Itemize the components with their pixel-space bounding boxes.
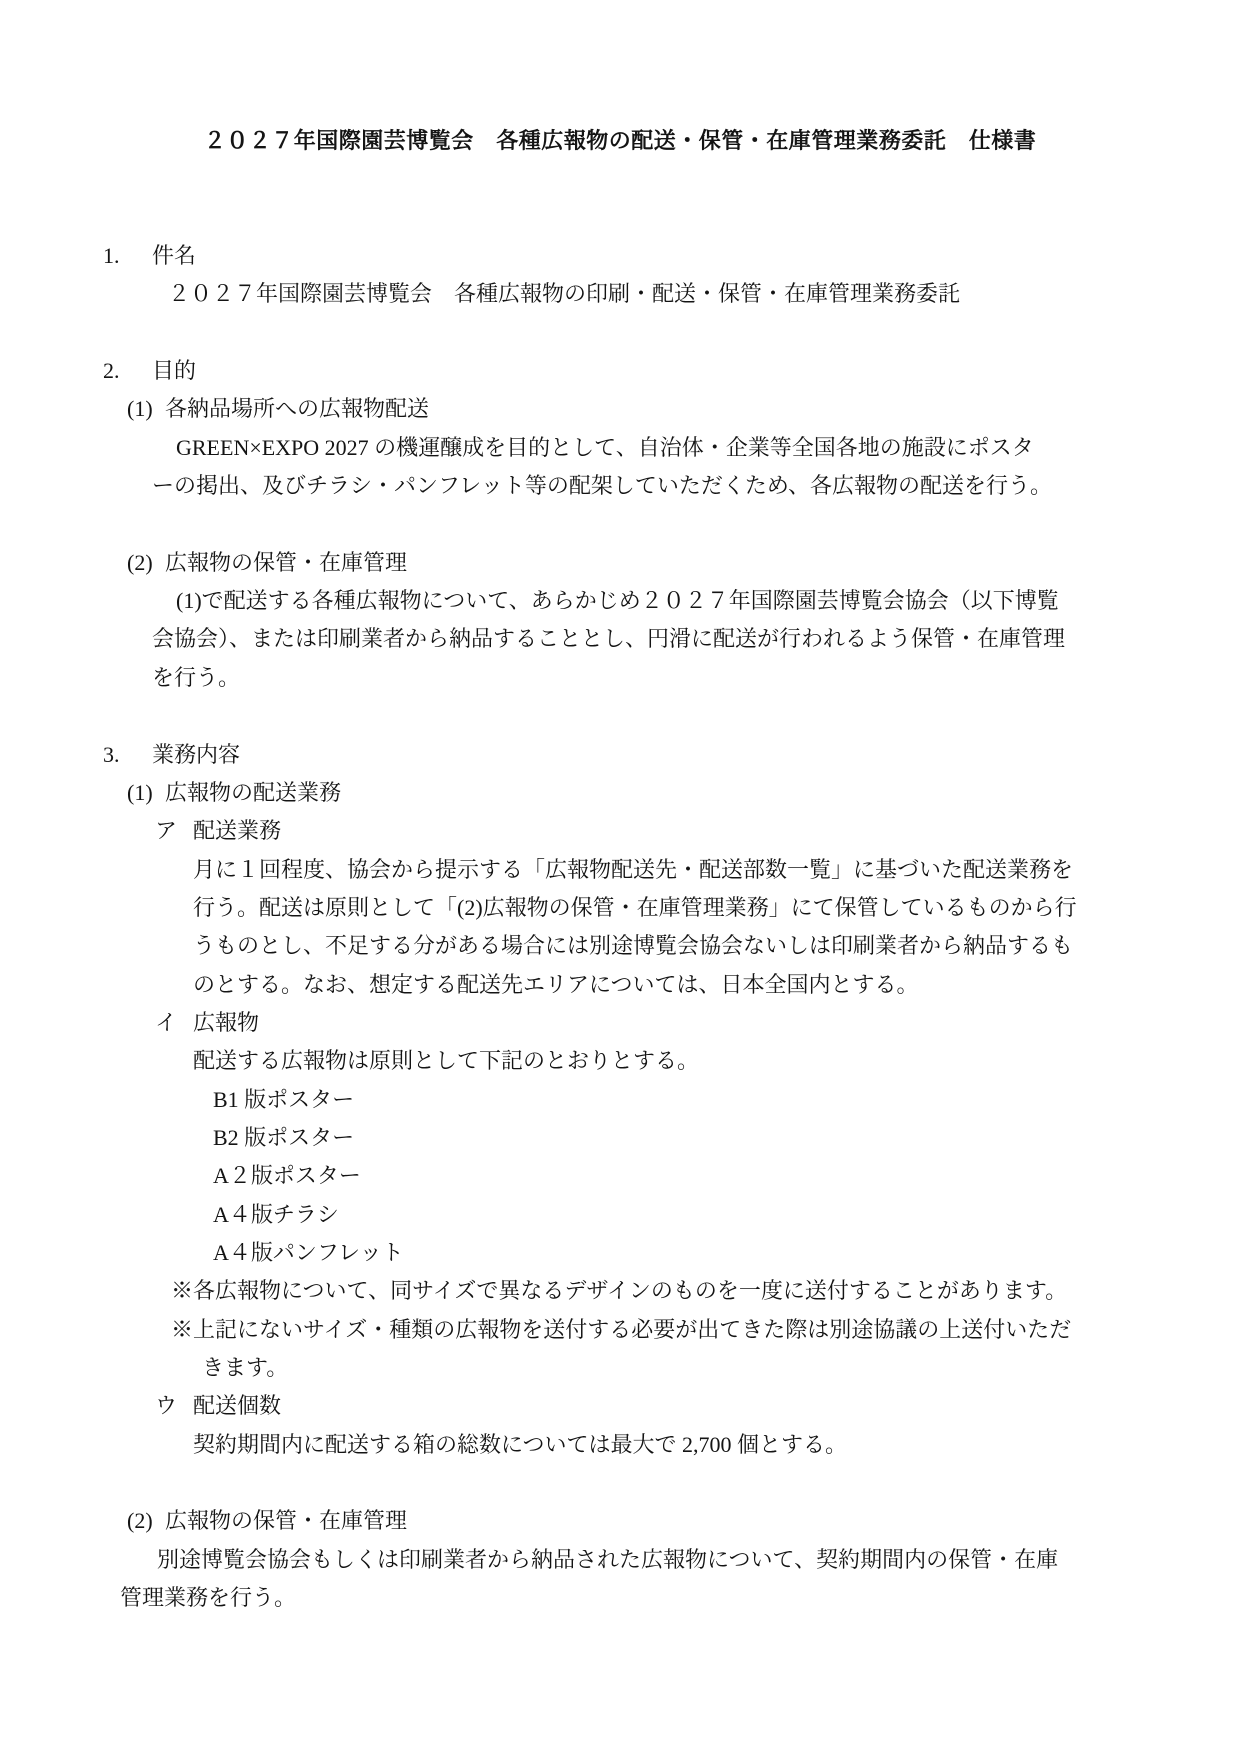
purpose-item-2-title: 広報物の保管・在庫管理 [165,550,407,575]
body-line: (1)で配送する各種広報物について、あらかじめ２０２７年国際園芸博覧会協会（以下… [0,582,1240,620]
sub-item-i-marker: イ [155,1004,193,1042]
section-1-subject-line: ２０２７年国際園芸博覧会 各種広報物の印刷・配送・保管・在庫管理業務委託 [0,275,1240,313]
sub-item-u-marker: ウ [155,1387,193,1425]
blank-line [0,697,1240,735]
body-line: 別途博覧会協会もしくは印刷業者から納品された広報物について、契約期間内の保管・在… [0,1541,1240,1579]
body-line: のとする。なお、想定する配送先エリアについては、日本全国内とする。 [0,966,1240,1004]
body-line: 月に１回程度、協会から提示する「広報物配送先・配送部数一覧」に基づいた配送業務を [0,851,1240,889]
note-line: ※各広報物について、同サイズで異なるデザインのものを一度に送付することがあります… [0,1272,1240,1310]
sub-item-u-heading: ウ配送個数 [0,1387,1240,1425]
sub-item-a-marker: ア [155,812,193,850]
body-line: 配送する広報物は原則として下記のとおりとする。 [0,1042,1240,1080]
section-3-number: 3. [103,736,152,774]
body-line: GREEN×EXPO 2027 の機運醸成を目的として、自治体・企業等全国各地の… [0,429,1240,467]
section-2-title: 目的 [152,358,196,383]
work-item-2-title: 広報物の保管・在庫管理 [165,1508,407,1533]
body-line: 契約期間内に配送する箱の総数については最大で 2,700 個とする。 [0,1426,1240,1464]
document-title: ２０２７年国際園芸博覧会 各種広報物の配送・保管・在庫管理業務委託 仕様書 [0,122,1240,160]
purpose-item-2-marker: (2) [127,544,165,582]
product-item-a2-poster: A２版ポスター [0,1157,1240,1195]
section-2-number: 2. [103,352,152,390]
work-item-2-marker: (2) [127,1502,165,1540]
body-line: ーの掲出、及びチラシ・パンフレット等の配架していただくため、各広報物の配送を行う… [0,467,1240,505]
body-line: うものとし、不足する分がある場合には別途博覧会協会ないしは印刷業者から納品するも [0,927,1240,965]
note-line: ※上記にないサイズ・種類の広報物を送付する必要が出てきた際は別途協議の上送付いた… [0,1311,1240,1349]
work-item-2-heading: (2)広報物の保管・在庫管理 [0,1502,1240,1540]
product-item-b2-poster: B2 版ポスター [0,1119,1240,1157]
sub-item-a-title: 配送業務 [193,818,281,843]
body-line: 会協会）、または印刷業者から納品することとし、円滑に配送が行われるよう保管・在庫… [0,620,1240,658]
sub-item-i-heading: イ広報物 [0,1004,1240,1042]
section-1-heading: 1.件名 [0,237,1240,275]
purpose-item-1-marker: (1) [127,390,165,428]
specification-document-page: ２０２７年国際園芸博覧会 各種広報物の配送・保管・在庫管理業務委託 仕様書 1.… [0,0,1240,1755]
work-item-1-marker: (1) [127,774,165,812]
section-1-title: 件名 [152,243,196,268]
body-line: を行う。 [0,659,1240,697]
note-line: きます。 [0,1349,1240,1387]
blank-line [0,314,1240,352]
blank-line [0,1464,1240,1502]
blank-line [0,505,1240,543]
blank-line [0,160,1240,198]
product-item-a4-flyer: A４版チラシ [0,1196,1240,1234]
work-item-1-title: 広報物の配送業務 [165,780,341,805]
purpose-item-1-title: 各納品場所への広報物配送 [165,396,429,421]
product-item-a4-pamphlet: A４版パンフレット [0,1234,1240,1272]
body-line: 行う。配送は原則として「(2)広報物の保管・在庫管理業務」にて保管しているものか… [0,889,1240,927]
work-item-1-heading: (1)広報物の配送業務 [0,774,1240,812]
section-1-number: 1. [103,237,152,275]
blank-line [0,199,1240,237]
purpose-item-1-heading: (1)各納品場所への広報物配送 [0,390,1240,428]
sub-item-a-heading: ア配送業務 [0,812,1240,850]
section-3-heading: 3.業務内容 [0,736,1240,774]
section-2-heading: 2.目的 [0,352,1240,390]
body-line: 管理業務を行う。 [0,1579,1240,1617]
sub-item-u-title: 配送個数 [193,1393,281,1418]
purpose-item-2-heading: (2)広報物の保管・在庫管理 [0,544,1240,582]
sub-item-i-title: 広報物 [193,1010,259,1035]
product-item-b1-poster: B1 版ポスター [0,1081,1240,1119]
section-3-title: 業務内容 [152,742,240,767]
